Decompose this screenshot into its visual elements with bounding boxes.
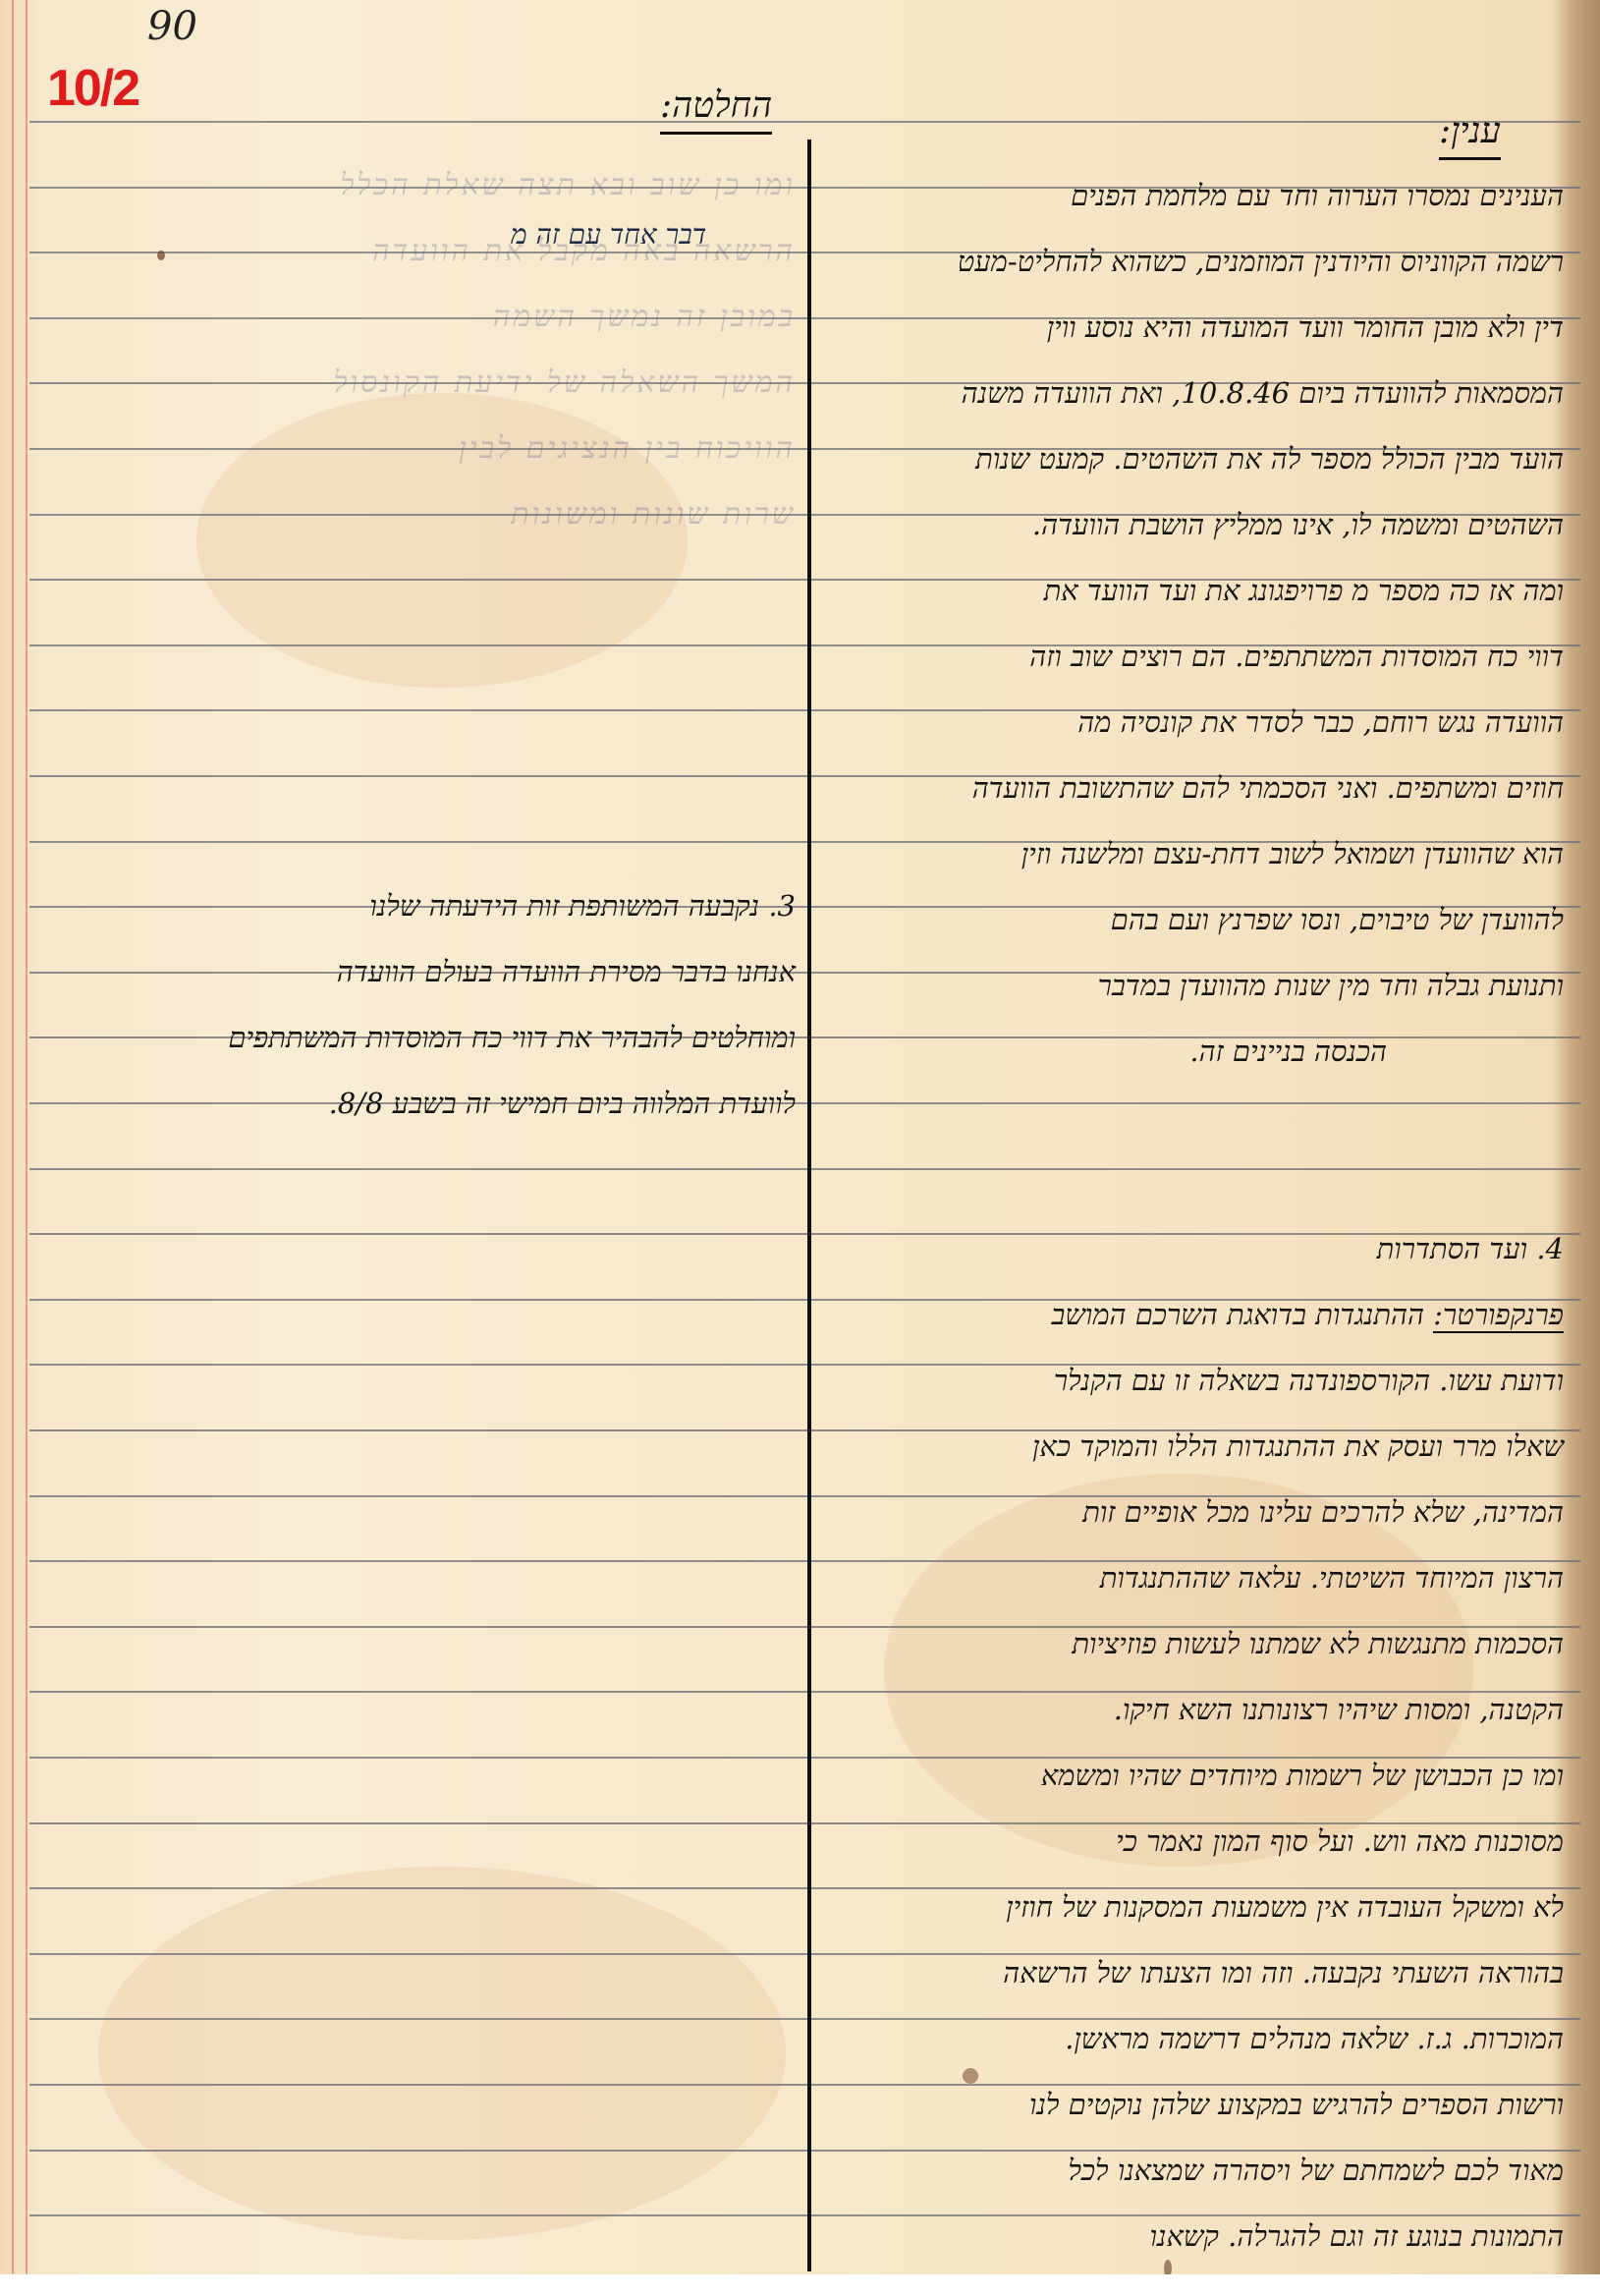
paper-stain (98, 1867, 786, 2240)
ink-blot (963, 2068, 978, 2084)
right-column-heading: ענין: (1439, 110, 1501, 160)
bleed-through-text: ומו כן שוב ובא תצה שאלת הכלל הרשאה באה מ… (108, 152, 796, 547)
text-line: הענינים נמסרו הערוה וחד עם מלחמת הפנים (817, 167, 1564, 233)
text-line: מאוד לכם לשמחתם של ויסהרה שמצאנו לכל (817, 2142, 1564, 2208)
text-line: לוועדת המלווה ביום חמישי זה בשבע 8/8. (108, 1075, 796, 1141)
text-line: הרצון המיוחד השיטתי. עלאה שההתנגדות (817, 1549, 1564, 1615)
column-divider (807, 140, 811, 2271)
text-line: התמונות בנוגע זה וגם להגרלה. קשאנו (817, 2208, 1564, 2273)
text-line: הסכמות מתנגשות לא שמתנו לעשות פוזיציות (817, 1615, 1564, 1681)
text-line: לא ומשקל העובדה אין משמעות המסקנות של חו… (817, 1878, 1564, 1944)
text-line: הכנסה בניינים זה. (817, 1023, 1564, 1089)
text-line: המסמאות להוועדה ביום 10.8.46, ואת הוועדה… (817, 364, 1564, 430)
text-line: דווי כח המוסדות המשתתפים. הם רוצים שוב ו… (817, 628, 1564, 694)
text-line: בהוראה השעתי נקבעה. וזה ומו הצעתו של הרש… (817, 1944, 1564, 2010)
text-line: ורשות הספרים להרגיש במקצוע שלהן נוקטים ל… (817, 2076, 1564, 2142)
text-line: דין ולא מובן החומר וועד המועדה והיא נוסע… (817, 299, 1564, 364)
left-side-note: דבר אחד עם זה מ (511, 218, 706, 252)
text-line: ודועת עשו. הקורספונדנה בשאלה זו עם הקנלר (817, 1352, 1564, 1418)
text-line: להוועדן של טיבוים, ונסו שפרנץ ועם בהם (817, 891, 1564, 957)
text-line: הוא שהוועדן ושמואל לשוב דחת-עצם ומלשנה ו… (817, 825, 1564, 891)
section-4-title: 4. ועד הסתדרות (817, 1220, 1564, 1286)
margin-line (12, 0, 14, 2274)
left-column-item-3: 3. נקבעה המשותפת זות הידעתה שלנו אנחנו ב… (108, 877, 796, 1141)
text-line: השהטים ומשמה לו, אינו ממליץ הושבת הוועדה… (817, 496, 1564, 562)
margin-line (26, 0, 28, 2274)
text-line: פרנקפורטר: ההתנגדות בדואגת השרכם המושב (817, 1286, 1564, 1352)
text-line: ותנועת גבלה וחד מין שנות מהוועדן במדבר (817, 957, 1564, 1023)
ink-blot (1164, 2260, 1172, 2274)
ruled-line (29, 121, 1580, 123)
text-line: המדינה, שלא להרכים עלינו מכל אופיים זות (817, 1484, 1564, 1549)
right-column: הענינים נמסרו הערוה וחד עם מלחמת הפנים ר… (817, 167, 1564, 2273)
text-line: המוכרות. ג.ז. שלאה מנהלים דרשמה מראשן. (817, 2010, 1564, 2076)
document-page: 90 10/2 החלטה: ענין: ומו כן שוב ובא תצה … (0, 0, 1600, 2274)
red-stamp: 10/2 (47, 59, 138, 118)
underlined-name: פרנקפורטר: (1433, 1298, 1564, 1333)
text-line: שאלו מרר ועסק את ההתנגדות הללו והמוקד כא… (817, 1418, 1564, 1484)
text-line: ומו כן הכבושן של רשמות מיוחדים שהיו ומשמ… (817, 1747, 1564, 1813)
left-column-heading: החלטה: (660, 84, 772, 135)
ink-blot (157, 251, 165, 260)
page-number: 90 (147, 4, 197, 49)
text-line: הועד מבין הכולל מספר לה את השהטים. קמעט … (817, 430, 1564, 496)
text-line: הקטנה, ומסות שיהיו רצונותנו השא חיקו. (817, 1681, 1564, 1747)
text-line: ומה אז כה מספר מ פרויפגונג את ועד הוועד … (817, 562, 1564, 628)
text-line: חוזים ומשתפים. ואני הסכמתי להם שהתשובת ה… (817, 759, 1564, 825)
text-line: ומוחלטים להבהיר את דווי כח המוסדות המשתת… (108, 1009, 796, 1075)
text-line: 3. נקבעה המשותפת זות הידעתה שלנו (108, 877, 796, 943)
text-line: רשמה הקווניוס והיודנין המוזמנים, כשהוא ל… (817, 233, 1564, 299)
text-line: הוועדה נגש רוחם, כבר לסדר את קונסיה מה (817, 694, 1564, 759)
text-line: אנחנו בדבר מסירת הוועדה בעולם הוועדה (108, 943, 796, 1009)
text-line: מסוכנות מאה ווש. ועל סוף המון נאמר כי (817, 1813, 1564, 1878)
